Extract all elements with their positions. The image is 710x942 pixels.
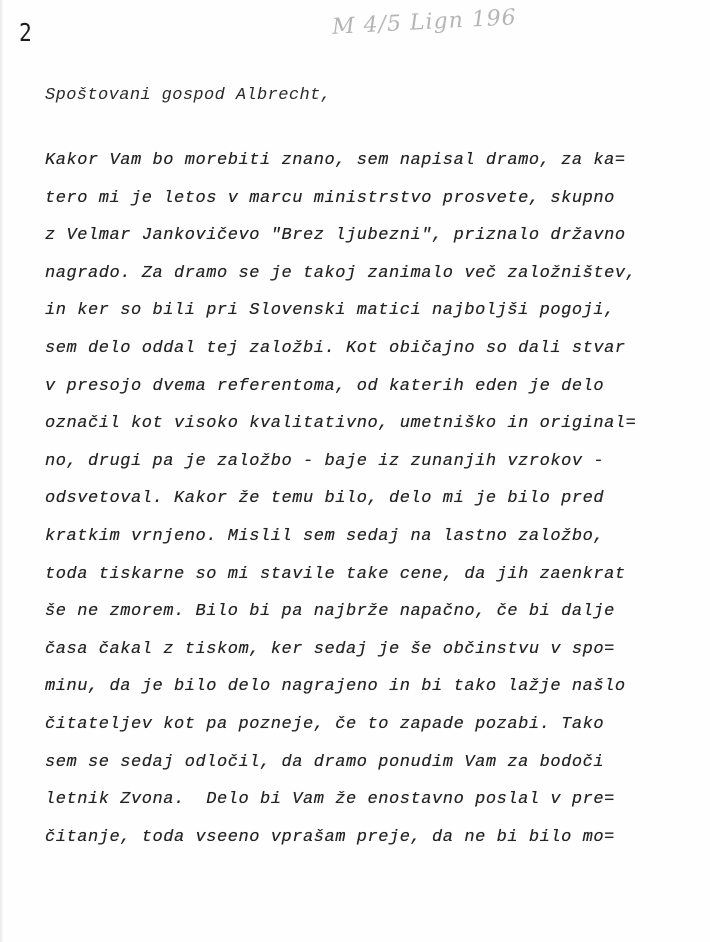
handwritten-archive-note: M 4/5 Lign 196: [331, 5, 517, 40]
body-line: sem delo oddal tej založbi. Kot običajno…: [45, 330, 685, 368]
body-line: nagrado. Za dramo se je takoj zanimalo v…: [45, 255, 685, 293]
body-line: letnik Zvona. Delo bi Vam že enostavno p…: [45, 781, 685, 819]
body-line: še ne zmorem. Bilo bi pa najbrže napačno…: [45, 593, 685, 631]
body-line: časa čakal z tiskom, ker sedaj je še obč…: [45, 631, 685, 669]
body-line: čitanje, toda vseeno vprašam preje, da n…: [45, 819, 685, 857]
body-line: toda tiskarne so mi stavile take cene, d…: [45, 556, 685, 594]
page-number: 2: [19, 20, 32, 45]
body-line: kratkim vrnjeno. Mislil sem sedaj na las…: [45, 518, 685, 556]
page-edge: [0, 0, 3, 942]
body-line: čitateljev kot pa pozneje, če to zapade …: [45, 706, 685, 744]
letter-body: Kakor Vam bo morebiti znano, sem napisal…: [45, 142, 685, 856]
body-line: tero mi je letos v marcu ministrstvo pro…: [45, 180, 685, 218]
body-line: minu, da je bilo delo nagrajeno in bi ta…: [45, 668, 685, 706]
body-line: z Velmar Jankovičevo "Brez ljubezni", pr…: [45, 217, 685, 255]
body-line: no, drugi pa je založbo - baje iz zunanj…: [45, 443, 685, 481]
body-line: in ker so bili pri Slovenski matici najb…: [45, 292, 685, 330]
letter-page: 2 M 4/5 Lign 196 Spoštovani gospod Albre…: [0, 0, 710, 942]
body-line: Kakor Vam bo morebiti znano, sem napisal…: [45, 142, 685, 180]
salutation: Spoštovani gospod Albrecht,: [45, 86, 331, 105]
body-line: sem se sedaj odločil, da dramo ponudim V…: [45, 744, 685, 782]
body-line: v presojo dvema referentoma, od katerih …: [45, 368, 685, 406]
body-line: odsvetoval. Kakor že temu bilo, delo mi …: [45, 480, 685, 518]
body-line: označil kot visoko kvalitativno, umetniš…: [45, 405, 685, 443]
